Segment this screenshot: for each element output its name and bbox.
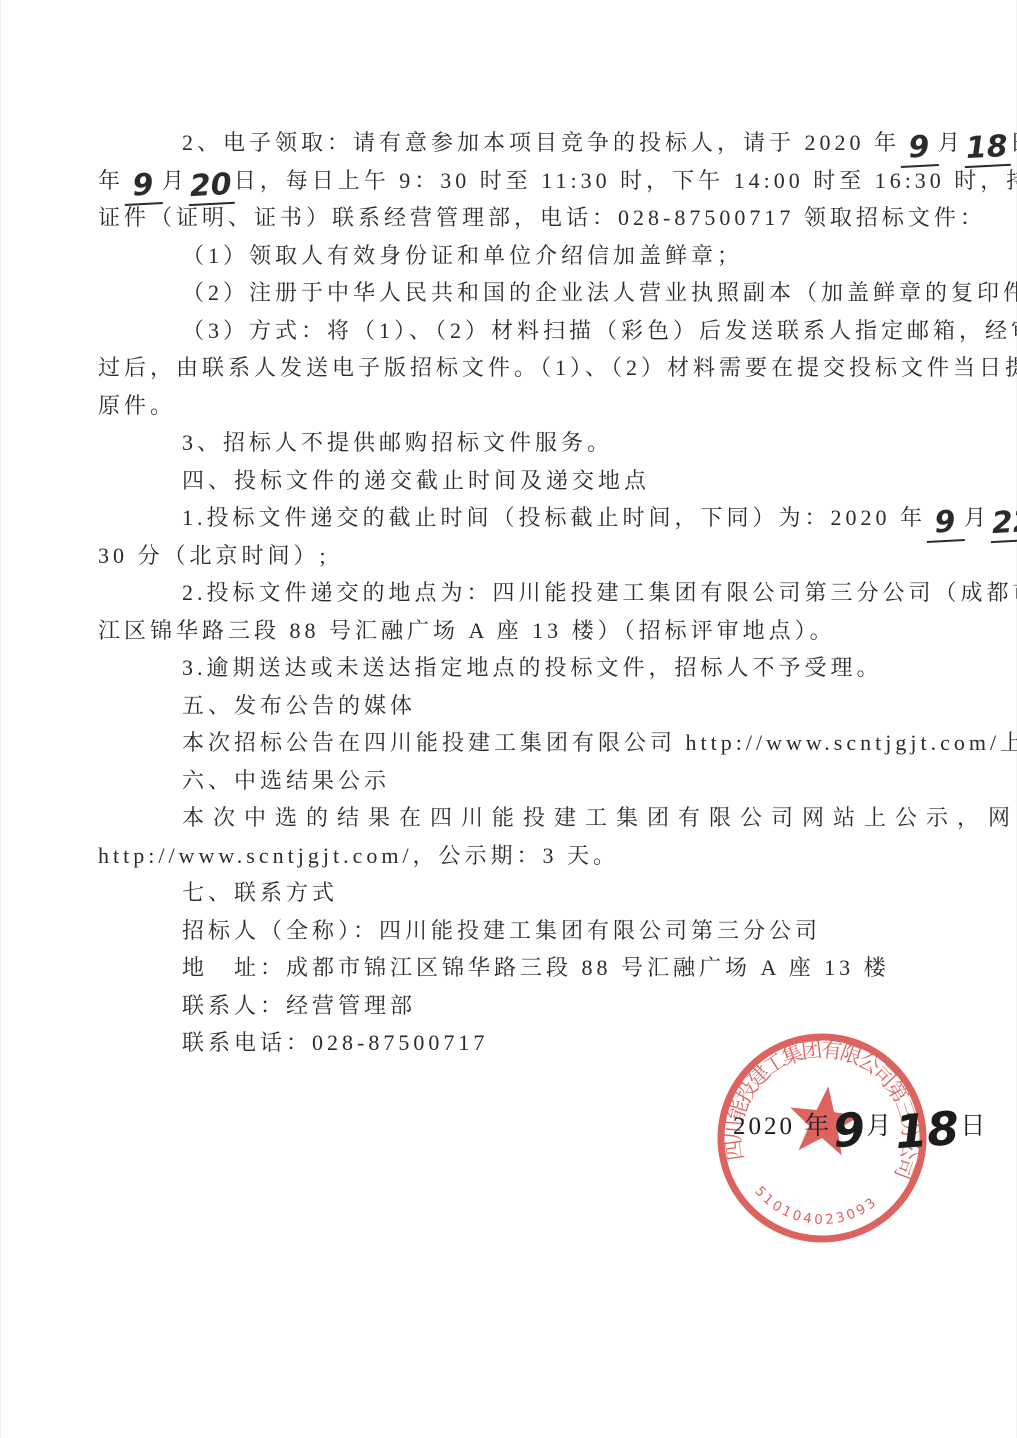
pickup-requirement-item-3-line-1: （3）方式：将（1）、（2）材料扫描（彩色）后发送联系人指定邮箱，经审核通 [98, 312, 926, 350]
section-6-heading: 六、中选结果公示 [98, 762, 926, 800]
text: 日，每日上午 9：30 时至 11:30 时，下午 14:00 时至 16:30… [234, 168, 1017, 193]
submission-deadline-line-2: 30 分（北京时间）; [98, 537, 926, 575]
pickup-requirement-item-2: （2）注册于中华人民共和国的企业法人营业执照副本（加盖鲜章的复印件）; [98, 274, 926, 312]
seal-date: 2020 年9月18日 [733, 1106, 988, 1153]
handwritten-seal-month: 9 [831, 1106, 868, 1154]
handwritten-day: 18 [963, 132, 1010, 168]
handwritten-day: 22 [989, 507, 1017, 543]
late-delivery-rejection-line: 3.逾期送达或未送达指定地点的投标文件，招标人不予受理。 [98, 649, 926, 687]
handwritten-day: 20 [187, 169, 234, 205]
submission-deadline-line-1: 1.投标文件递交的截止时间（投标截止时间，下同）为：2020 年9月22日 14… [98, 499, 926, 537]
document-body: 2、电子领取：请有意参加本项目竞争的投标人，请于 2020 年9月18日至 20… [98, 124, 926, 1062]
handwritten-month: 9 [123, 170, 163, 206]
submission-address-line-1: 2.投标文件递交的地点为：四川能投建工集团有限公司第三分公司（成都市锦 [98, 574, 926, 612]
pickup-requirement-item-3-line-3: 原件。 [98, 387, 926, 425]
text: 月 [938, 130, 964, 155]
handwritten-month: 9 [899, 132, 939, 168]
section-7-heading: 七、联系方式 [98, 874, 926, 912]
scanned-tender-document-page: 2、电子领取：请有意参加本项目竞争的投标人，请于 2020 年9月18日至 20… [0, 0, 1017, 1438]
text: 1.投标文件递交的截止时间（投标截止时间，下同）为：2020 年 [182, 505, 926, 530]
text: 日至 2020 [1010, 130, 1017, 155]
text: 月 [162, 168, 188, 193]
pickup-requirement-item-1: （1）领取人有效身份证和单位介绍信加盖鲜章； [98, 237, 926, 275]
section-4-heading: 四、投标文件的递交截止时间及递交地点 [98, 462, 926, 500]
pickup-instructions-line-3: 证件（证明、证书）联系经营管理部，电话：028-87500717 领取招标文件： [98, 199, 926, 237]
result-publicity-line-1: 本次中选的结果在四川能投建工集团有限公司网站上公示，网址： [98, 799, 926, 837]
handwritten-month: 9 [925, 507, 965, 543]
seal-date-year: 2020 年 [733, 1113, 832, 1140]
pickup-requirement-item-3-line-2: 过后，由联系人发送电子版招标文件。（1）、（2）材料需要在提交投标文件当日提交 [98, 349, 926, 387]
pickup-instructions-line-2: 年9月20日，每日上午 9：30 时至 11:30 时，下午 14:00 时至 … [98, 162, 926, 200]
announcement-media-line: 本次招标公告在四川能投建工集团有限公司 http://www.scntjgjt.… [98, 724, 926, 762]
text: 月 [964, 505, 990, 530]
result-publicity-line-2: http://www.scntjgjt.com/，公示期：3 天。 [98, 837, 926, 875]
seal-date-month-label: 月 [866, 1113, 894, 1140]
seal-date-day-label: 日 [960, 1113, 988, 1140]
text: 2、电子领取：请有意参加本项目竞争的投标人，请于 2020 年 [182, 130, 900, 155]
submission-address-line-2: 江区锦华路三段 88 号汇融广场 A 座 13 楼）（招标评审地点）。 [98, 612, 926, 650]
handwritten-seal-day: 18 [893, 1105, 962, 1155]
text: 年 [98, 168, 124, 193]
tenderer-address-line: 地 址：成都市锦江区锦华路三段 88 号汇融广场 A 座 13 楼 [98, 949, 926, 987]
tenderer-name-line: 招标人（全称）：四川能投建工集团有限公司第三分公司 [98, 912, 926, 950]
pickup-instructions-line-1: 2、电子领取：请有意参加本项目竞争的投标人，请于 2020 年9月18日至 20… [98, 124, 926, 162]
section-5-heading: 五、发布公告的媒体 [98, 687, 926, 725]
no-mail-order-service-line: 3、招标人不提供邮购招标文件服务。 [98, 424, 926, 462]
